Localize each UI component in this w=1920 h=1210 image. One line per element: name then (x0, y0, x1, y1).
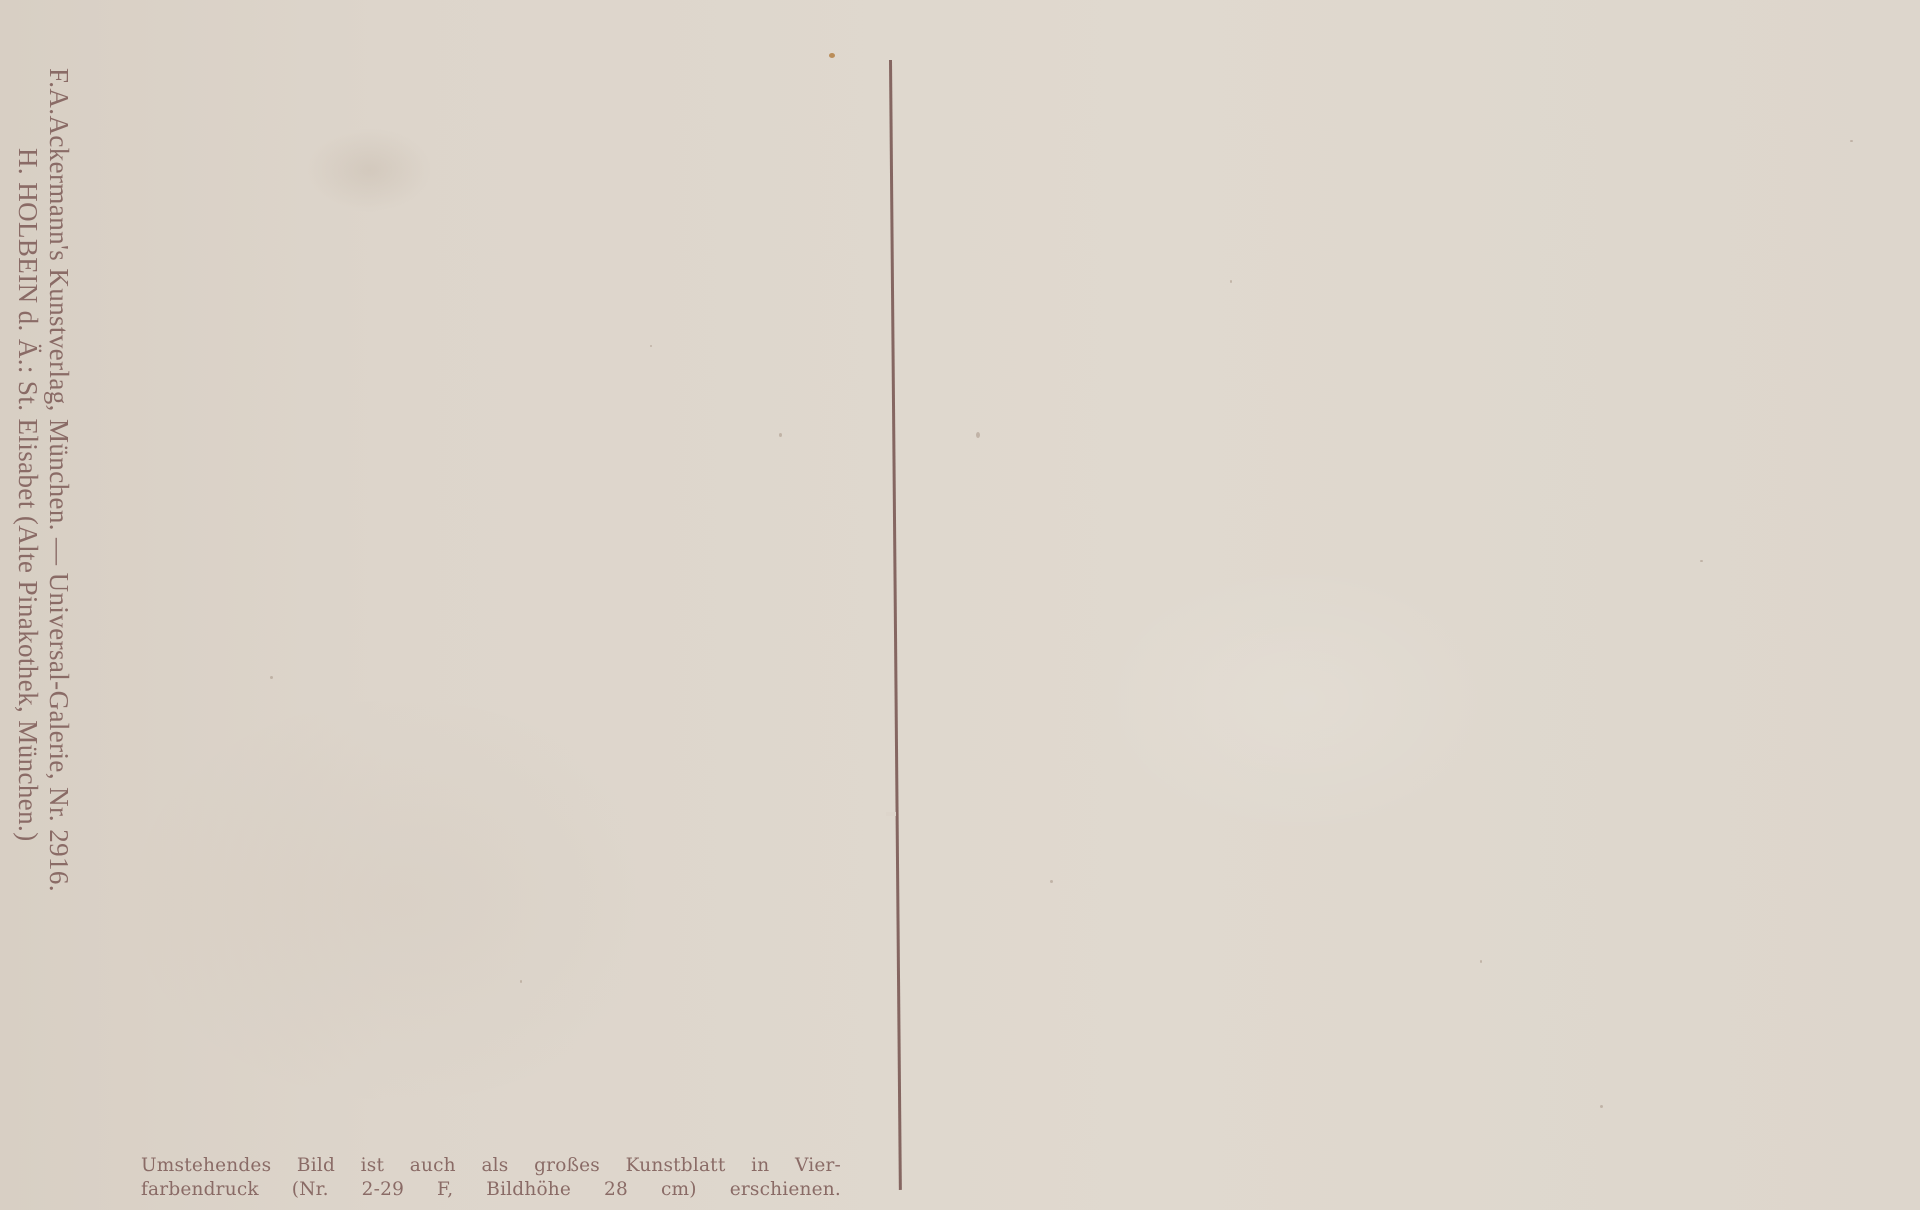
postcard-back: F.A.Ackermann's Kunstverlag, München. — … (0, 0, 1920, 1210)
paper-fleck (1480, 960, 1482, 963)
paper-fleck (650, 345, 652, 347)
paper-fleck (1050, 880, 1053, 883)
print-availability-note: Umstehendes Bild ist auch als großes Kun… (141, 1154, 841, 1202)
paper-fleck (779, 433, 782, 437)
paper-fleck (976, 432, 980, 438)
paper-fleck (1600, 1105, 1603, 1108)
address-divider-line (889, 60, 902, 1190)
paper-fleck (1850, 140, 1853, 142)
paper-fleck (520, 980, 522, 983)
paper-fleck (1700, 560, 1703, 562)
paper-fleck (829, 53, 835, 58)
note-line-2: farbendruck (Nr. 2-29 F, Bildhöhe 28 cm)… (141, 1178, 841, 1202)
paper-fleck (270, 676, 273, 679)
paper-fleck (1230, 280, 1232, 283)
publisher-imprint: F.A.Ackermann's Kunstverlag, München. — … (45, 68, 72, 892)
note-line-1: Umstehendes Bild ist auch als großes Kun… (141, 1154, 841, 1178)
artwork-caption: H. HOLBEIN d. Ä.: St. Elisabet (Alte Pin… (14, 148, 41, 842)
divider-gap (886, 812, 896, 816)
